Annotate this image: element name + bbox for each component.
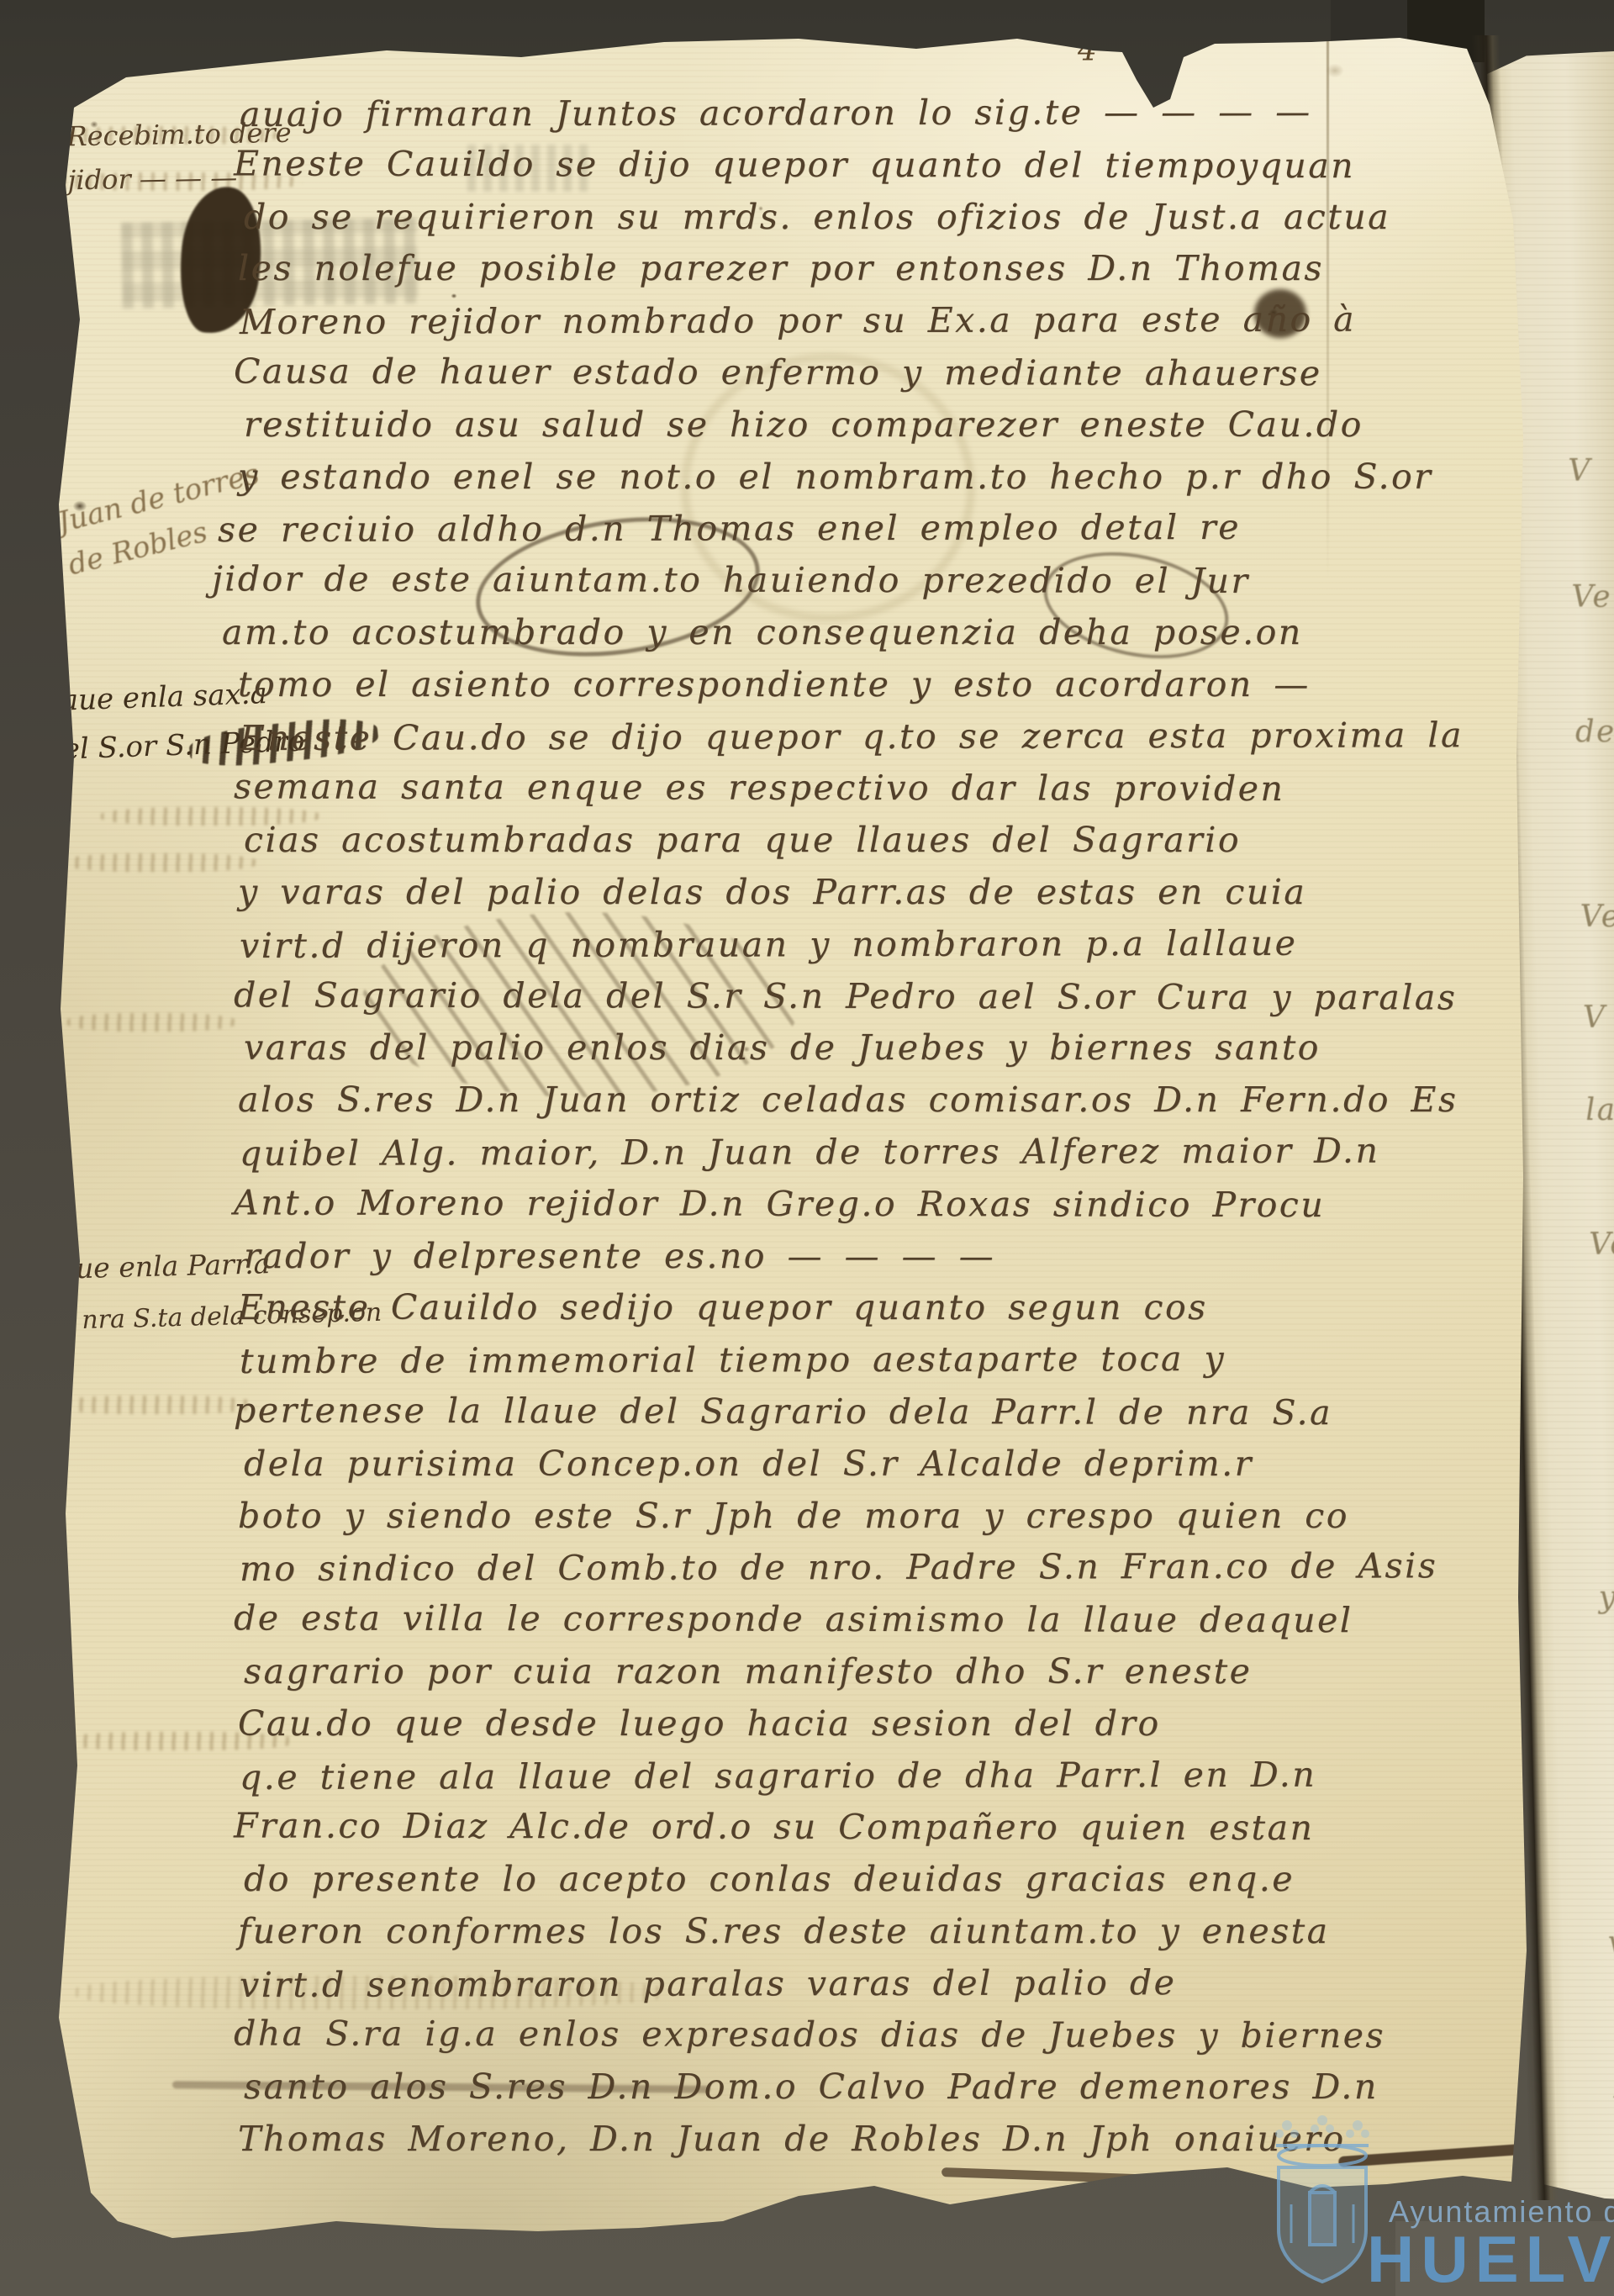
manuscript-line: semana santa enque es respectivo dar las… (234, 762, 1520, 816)
manuscript-line: les nolefue posible parezer por entonses… (238, 243, 1524, 295)
manuscript-line: Cau.do que desde luego hacia sesion del … (238, 1698, 1524, 1750)
manuscript-page: 4 Recebim.to dere jidor — — — Juan de to… (0, 0, 1564, 2296)
ink-bleedthrough (63, 853, 256, 872)
manuscript-line: auajo firmaran Juntos acordaron lo sig.t… (240, 86, 1526, 141)
manuscript-body: auajo firmaran Juntos acordaron lo sig.t… (238, 87, 1524, 2166)
manuscript-line: Moreno rejidor nombrado por su Ex.a para… (240, 293, 1526, 349)
folio2-text-fragment: Ve (1571, 580, 1612, 615)
manuscript-line: tomo el asiento correspondiente y esto a… (238, 659, 1524, 711)
manuscript-line: do se requirieron su mrds. enlos ofizios… (244, 192, 1530, 244)
manuscript-line: Eneste Cau.do se dijo quepor q.to se zer… (240, 710, 1526, 765)
manuscript-line: sagrario por cuia razon manifesto dho S.… (244, 1646, 1530, 1698)
manuscript-line: y varas del palio delas dos Parr.as de e… (238, 867, 1524, 919)
manuscript-line: Causa de hauer estado enfermo y mediante… (234, 346, 1520, 400)
manuscript-line: dela purisima Concep.on del S.r Alcalde … (244, 1438, 1530, 1491)
manuscript-line: alos S.res D.n Juan ortiz celadas comisa… (238, 1074, 1524, 1127)
folio2-text-fragment: Ve (1580, 900, 1614, 934)
manuscript-line: de esta villa le corresponde asimismo la… (234, 1593, 1520, 1648)
manuscript-line: jidor de este aiuntam.to hauiendo prezed… (212, 554, 1520, 609)
huelva-coat-of-arms-icon (1266, 2112, 1379, 2290)
manuscript-line: am.to acostumbrado y en consequenzia deh… (222, 607, 1530, 659)
folio2-text-fragment: v (1607, 1925, 1614, 1960)
folio2-text-fragment: V (1583, 1000, 1607, 1035)
manuscript-line: del Sagrario dela del S.r S.n Pedro ael … (234, 969, 1520, 1024)
manuscript-line: y estando enel se not.o el nombram.to he… (238, 451, 1524, 504)
folio-number: 4 (1078, 34, 1097, 68)
manuscript-line: boto y siendo este S.r Jph de mora y cre… (238, 1491, 1524, 1543)
ink-bleedthrough (55, 1396, 256, 1414)
folio2-text-fragment: Ve (1589, 1227, 1614, 1262)
manuscript-line: virt.d senombraron paralas varas del pal… (240, 1956, 1526, 2012)
manuscript-line: Ant.o Moreno rejidor D.n Greg.o Roxas si… (234, 1177, 1520, 1232)
manuscript-line: santo alos S.res D.n Dom.o Calvo Padre d… (244, 2061, 1530, 2114)
manuscript-line: mo sindico del Comb.to de nro. Padre S.n… (240, 1540, 1526, 1596)
manuscript-line: rador y delpresente es.no — — — — (244, 1231, 1530, 1283)
manuscript-line: varas del palio enlos dias de Juebes y b… (244, 1022, 1530, 1074)
watermark-city: HUELVA (1367, 2221, 1614, 2296)
manuscript-line: Fran.co Diaz Alc.de ord.o su Compañero q… (234, 1801, 1520, 1855)
manuscript-line: virt.d dijeron q nombrauan y nombraron p… (240, 917, 1526, 973)
manuscript-line: pertenese la llaue del Sagrario dela Par… (234, 1385, 1520, 1439)
scanner-shadow-band (1331, 0, 1415, 44)
ink-bleedthrough (67, 1013, 235, 1032)
folio2-text-fragment: V (1568, 454, 1592, 488)
manuscript-line: do presente lo acepto conlas deuidas gra… (244, 1854, 1530, 1906)
manuscript-line: Eneste Cauildo sedijo quepor quanto segu… (238, 1282, 1524, 1334)
manuscript-line: tumbre de immemorial tiempo aestaparte t… (240, 1333, 1526, 1388)
folio2-text-fragment: la (1585, 1093, 1614, 1127)
manuscript-line: dha S.ra ig.a enlos expresados dias de J… (234, 2008, 1520, 2063)
manuscript-line: cias acostumbradas para que llaues del S… (244, 815, 1530, 867)
manuscript-line: restituido asu salud se hizo comparezer … (244, 399, 1530, 451)
manuscript-line: quibel Alg. maior, D.n Juan de torres Al… (240, 1125, 1526, 1180)
folio2-text-fragment: y (1598, 1581, 1614, 1615)
manuscript-scan: V Ve de Ve V la Ve y v vi 4 (0, 0, 1614, 2296)
folio2-text-fragment: de (1574, 715, 1614, 749)
manuscript-line: q.e tiene ala llaue del sagrario de dha … (240, 1748, 1526, 1803)
manuscript-line: se reciuio aldho d.n Thomas enel empleo … (218, 501, 1526, 557)
manuscript-line: Eneste Cauildo se dijo quepor quanto del… (234, 138, 1520, 193)
manuscript-line: fueron conformes los S.res deste aiuntam… (238, 1906, 1524, 1958)
